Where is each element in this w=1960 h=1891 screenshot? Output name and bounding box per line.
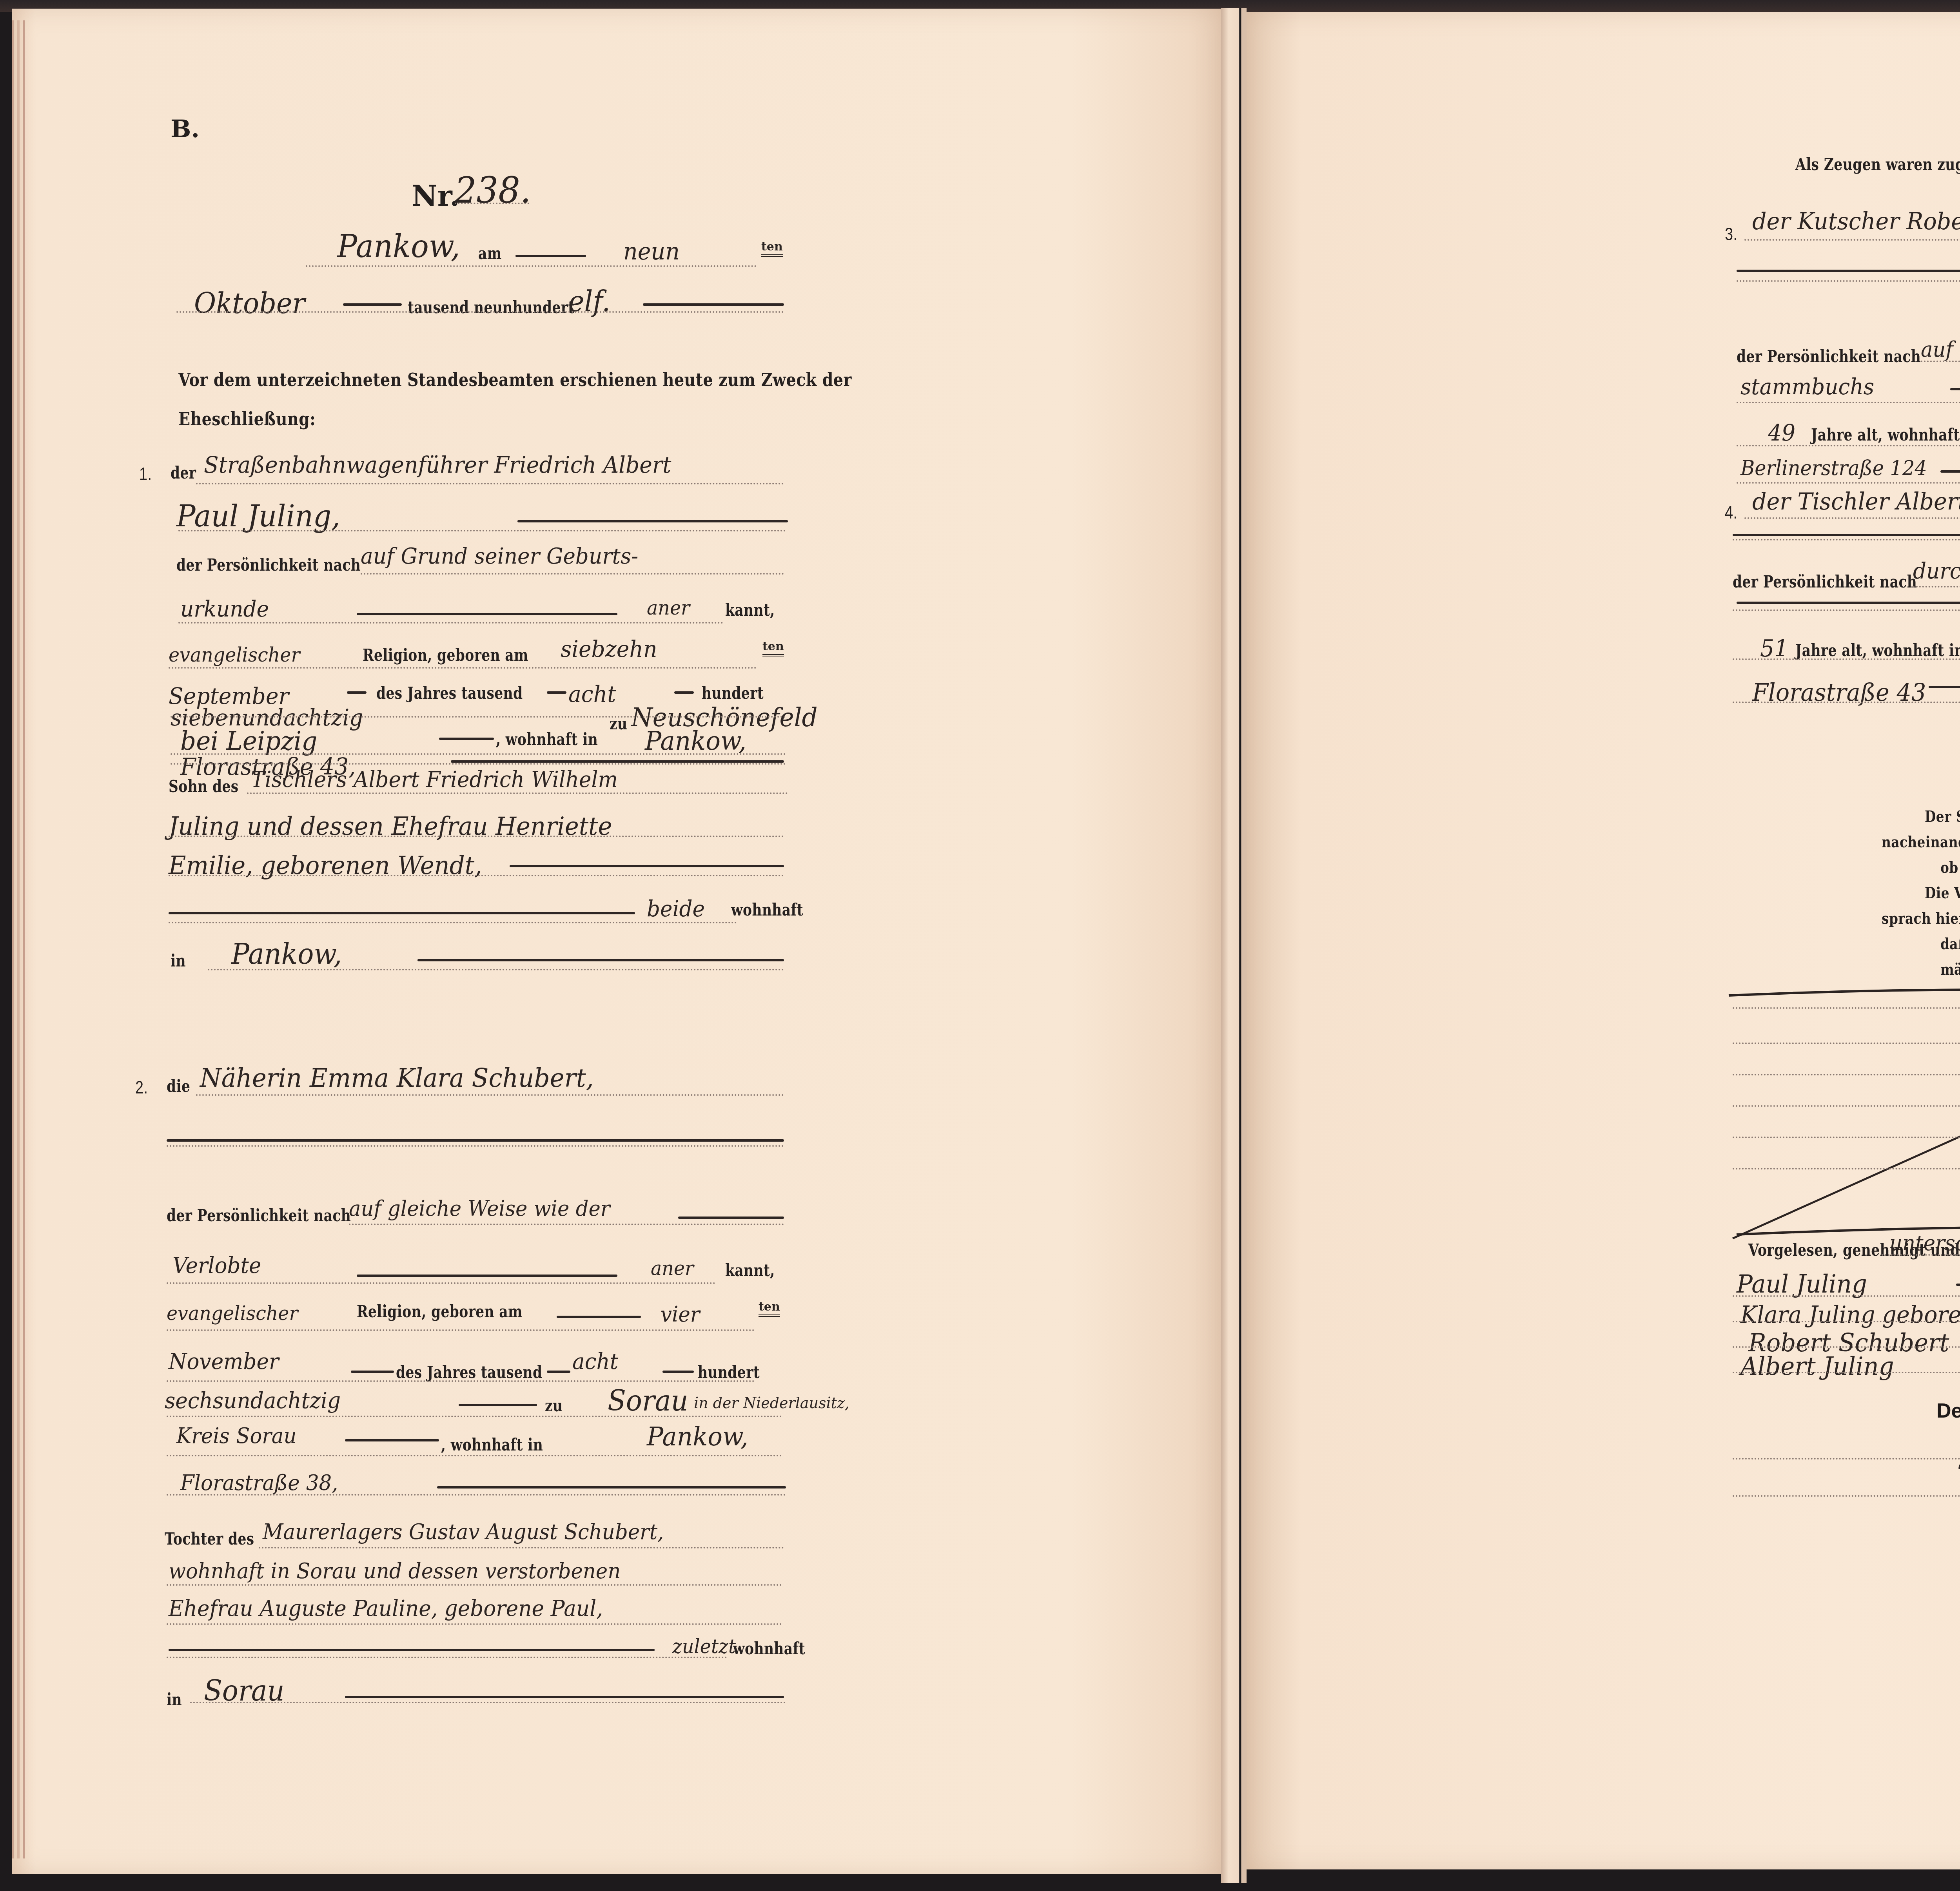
hundred-label: hundert bbox=[698, 1363, 760, 1382]
fill-rule bbox=[167, 1139, 784, 1142]
bride-identity-basis: auf gleiche Weise wie der bbox=[349, 1196, 610, 1221]
fill-rule bbox=[515, 255, 586, 257]
residence-label: , wohnhaft in bbox=[496, 730, 598, 749]
marriage-day: neun bbox=[623, 238, 680, 265]
witness-4-name: der Tischler Albert Juling, bbox=[1752, 488, 1960, 515]
known-prefix: aner bbox=[651, 1257, 694, 1280]
dotted-line bbox=[1733, 702, 1960, 703]
fill-rule bbox=[557, 1316, 641, 1318]
zu-label: zu bbox=[545, 1396, 563, 1415]
bride-street: Florastraße 38, bbox=[180, 1470, 338, 1495]
religion-label: Religion, geboren am bbox=[357, 1302, 523, 1321]
registrar-title: Der Standesbeamte. bbox=[1936, 1399, 1960, 1423]
intro-line-1: Vor dem unterzeichneten Standesbeamten e… bbox=[178, 369, 852, 390]
dotted-line bbox=[178, 530, 786, 531]
dotted-line bbox=[1737, 402, 1960, 403]
bride-birth-month: November bbox=[169, 1349, 279, 1374]
year-label: des Jahres tausend bbox=[396, 1363, 543, 1382]
fill-rule bbox=[437, 1486, 786, 1489]
dotted-line bbox=[167, 1623, 782, 1625]
dotted-line bbox=[306, 265, 757, 267]
groom-birth-century: acht bbox=[568, 681, 616, 707]
religion-label: Religion, geboren am bbox=[363, 645, 528, 665]
known-prefix: aner bbox=[647, 596, 690, 619]
bride-father-2: wohnhaft in Sorau und dessen verstorbene… bbox=[169, 1559, 621, 1583]
bride-birth-century: acht bbox=[572, 1349, 618, 1374]
dotted-line bbox=[1733, 609, 1960, 611]
identity-label: der Persönlichkeit nach bbox=[176, 555, 361, 575]
witness-3-street: Berlinerstraße 124 bbox=[1740, 457, 1927, 480]
parents-residence-label: wohnhaft bbox=[733, 1639, 805, 1658]
dotted-line bbox=[1733, 1295, 1960, 1297]
intro-line-2: Eheschließung: bbox=[178, 408, 316, 430]
witness-intro: Als Zeugen waren zugezogen und erschiene… bbox=[1795, 155, 1960, 174]
bride-mother: Ehefrau Auguste Pauline, geborene Paul, bbox=[169, 1596, 603, 1621]
dotted-line bbox=[1737, 280, 1960, 282]
party-index: 1. bbox=[139, 463, 152, 484]
year-label: tausend neunhundert bbox=[408, 298, 575, 317]
dotted-line bbox=[169, 922, 737, 923]
page-stack-edge bbox=[23, 20, 25, 1858]
closing-signed: unterschrieben bbox=[1889, 1231, 1960, 1255]
dotted-line bbox=[1733, 1495, 1960, 1497]
fill-rule bbox=[1956, 1284, 1960, 1286]
parents-residence-label: wohnhaft bbox=[731, 900, 803, 919]
identity-label: der Persönlichkeit nach bbox=[167, 1206, 351, 1225]
dotted-line bbox=[167, 1494, 786, 1496]
dotted-line bbox=[349, 1224, 784, 1225]
dotted-line bbox=[361, 573, 784, 575]
declaration-line: ob sie die Ehe miteinander eingehen woll… bbox=[1940, 858, 1960, 877]
fill-rule bbox=[347, 691, 367, 694]
residence-label: , wohnhaft in bbox=[441, 1435, 543, 1454]
dotted-line bbox=[1744, 239, 1960, 241]
known-label: kannt, bbox=[725, 600, 775, 620]
dotted-line bbox=[1744, 517, 1960, 519]
fill-rule bbox=[547, 691, 566, 694]
bride-birthplace-region: in der Niederlausitz, bbox=[694, 1394, 849, 1412]
party-article: die bbox=[167, 1077, 190, 1096]
fill-rule bbox=[169, 1649, 655, 1651]
groom-birth-day: siebzehn bbox=[561, 636, 657, 662]
fill-rule bbox=[1737, 602, 1960, 604]
dotted-line bbox=[1733, 1007, 1960, 1009]
dotted-line bbox=[208, 969, 784, 970]
groom-identity-basis-2: urkunde bbox=[180, 596, 269, 622]
bride-religion: evangelischer bbox=[167, 1302, 298, 1325]
fill-rule bbox=[643, 303, 784, 306]
fill-rule bbox=[1737, 270, 1960, 272]
fill-rule bbox=[1950, 388, 1960, 390]
fill-rule bbox=[517, 520, 788, 522]
witness-3-name: der Kutscher Robert Schubert, bbox=[1752, 208, 1960, 235]
signature-groom: Paul Juling bbox=[1737, 1270, 1867, 1299]
year-label: des Jahres tausend bbox=[376, 684, 523, 703]
fill-rule bbox=[459, 1404, 537, 1406]
declaration-line: daß sie kraft des Bürgerlichen Gesetzbuc… bbox=[1940, 935, 1960, 953]
dotted-line bbox=[190, 1702, 786, 1703]
date-am-label: am bbox=[478, 244, 502, 263]
dotted-line bbox=[196, 1094, 784, 1096]
declaration-line: Der Standesbeamte richtete an die Verlob… bbox=[1925, 807, 1960, 826]
bride-occupation-name: Näherin Emma Klara Schubert, bbox=[200, 1063, 594, 1093]
dotted-line bbox=[167, 1416, 782, 1417]
page-stack-edge bbox=[17, 20, 20, 1858]
dotted-line bbox=[259, 1547, 784, 1548]
dotted-line bbox=[167, 1657, 727, 1658]
fill-rule bbox=[357, 613, 617, 615]
witness-3-age: 49 bbox=[1768, 419, 1795, 446]
dotted-line bbox=[169, 875, 784, 876]
witness-3-identity: auf Grund seines Familien- bbox=[1921, 337, 1960, 362]
dotted-line bbox=[171, 763, 786, 765]
witness-index: 3. bbox=[1725, 223, 1737, 245]
age-label: Jahre alt, wohnhaft in bbox=[1795, 641, 1960, 660]
dotted-line bbox=[1737, 482, 1960, 484]
declaration-line: sprach hierauf aus, bbox=[1882, 909, 1960, 928]
declaration-line: nacheinander die Frage: bbox=[1882, 833, 1960, 851]
record-number-value: 238. bbox=[455, 169, 531, 211]
parents-residence: Pankow, bbox=[231, 937, 342, 970]
groom-occupation-name: Straßenbahnwagenführer Friedrich Albert bbox=[204, 451, 671, 478]
marriage-year: elf. bbox=[568, 285, 610, 318]
cancellation-z-stroke bbox=[1725, 984, 1960, 1258]
fill-rule bbox=[510, 865, 784, 867]
declaration-line: Die Verlobten bejahten diese Frage und d… bbox=[1925, 884, 1960, 902]
fill-rule bbox=[417, 959, 784, 961]
fill-rule bbox=[1940, 470, 1960, 473]
dotted-line bbox=[1733, 1042, 1960, 1044]
in-label: in bbox=[167, 1690, 182, 1709]
fill-rule bbox=[357, 1275, 617, 1277]
witness-index: 4. bbox=[1725, 502, 1737, 523]
section-letter: B. bbox=[171, 114, 200, 143]
in-label: in bbox=[171, 951, 186, 970]
dotted-line bbox=[1733, 1372, 1960, 1373]
dotted-line bbox=[1733, 1346, 1960, 1348]
fill-rule bbox=[439, 738, 494, 740]
age-label: Jahre alt, wohnhaft in bbox=[1811, 425, 1960, 444]
fill-rule bbox=[169, 912, 635, 914]
known-label: kannt, bbox=[725, 1261, 775, 1280]
dotted-line bbox=[167, 1145, 784, 1147]
signature-witness-4: Albert Juling bbox=[1740, 1352, 1894, 1381]
fill-rule bbox=[451, 760, 784, 763]
book-gutter bbox=[1221, 8, 1247, 1883]
dotted-line bbox=[1733, 539, 1960, 540]
fill-rule bbox=[1733, 534, 1960, 536]
fill-rule bbox=[345, 1439, 439, 1441]
party-article: der bbox=[171, 463, 196, 482]
dotted-line bbox=[1882, 1254, 1960, 1256]
both-parents: beide bbox=[647, 896, 705, 922]
bride-birthplace: Sorau bbox=[608, 1384, 688, 1417]
groom-religion: evangelischer bbox=[169, 644, 300, 666]
dotted-line bbox=[178, 622, 723, 624]
marriage-month: Oktober bbox=[194, 287, 305, 320]
parent-label: Tochter des bbox=[165, 1529, 254, 1548]
signature-bride: Klara Juling geborene Schubert bbox=[1740, 1301, 1960, 1329]
fill-rule bbox=[547, 1371, 570, 1373]
groom-identity-basis: auf Grund seiner Geburts- bbox=[361, 544, 638, 569]
groom-father: Tischlers Albert Friedrich Wilhelm bbox=[251, 767, 618, 792]
dotted-line bbox=[1733, 1074, 1960, 1075]
dotted-line bbox=[247, 792, 788, 794]
witness-3-identity-2: stammbuchs bbox=[1740, 374, 1874, 400]
birth-day-suffix: ten bbox=[762, 640, 784, 656]
dotted-line bbox=[1921, 361, 1960, 362]
groom-birthplace-2: bei Leipzig bbox=[180, 726, 317, 756]
bride-father: Maurerlagers Gustav August Schubert, bbox=[263, 1519, 664, 1544]
dotted-line bbox=[196, 483, 784, 484]
bride-birth-year-rest: sechsundachtzig bbox=[165, 1388, 341, 1414]
parent-label: Sohn des bbox=[169, 777, 239, 796]
groom-name: Paul Juling, bbox=[176, 499, 340, 533]
dotted-line bbox=[1733, 1168, 1960, 1169]
birth-day-suffix: ten bbox=[759, 1300, 780, 1317]
identity-label: der Persönlichkeit nach bbox=[1733, 572, 1917, 591]
dotted-line bbox=[1733, 658, 1960, 660]
fill-rule bbox=[343, 303, 402, 306]
dotted-line bbox=[1733, 1105, 1960, 1107]
fill-rule bbox=[351, 1371, 394, 1373]
dotted-line bbox=[169, 667, 757, 669]
fill-rule bbox=[1929, 686, 1960, 688]
dotted-line bbox=[1913, 586, 1960, 587]
fill-rule bbox=[674, 691, 694, 694]
dotted-line bbox=[455, 203, 529, 204]
dotted-line bbox=[1737, 445, 1960, 446]
hundred-label: hundert bbox=[702, 684, 764, 703]
fill-rule bbox=[662, 1371, 694, 1373]
dotted-line bbox=[167, 1282, 715, 1284]
dotted-line bbox=[1733, 1321, 1960, 1322]
dotted-line bbox=[167, 1584, 782, 1586]
registry-place: Pankow, bbox=[337, 228, 460, 265]
page-stack-edge bbox=[12, 20, 14, 1858]
dotted-line bbox=[169, 836, 784, 837]
left-page: B. Nr. 238. Pankow, am neun ten Oktober … bbox=[12, 9, 1221, 1874]
bride-birthplace-2: Kreis Sorau bbox=[176, 1423, 296, 1448]
bride-mother-last: zuletzt bbox=[672, 1635, 736, 1658]
dotted-line bbox=[167, 1380, 755, 1382]
witness-4-identity: durch den Zeugen zu drei bbox=[1913, 558, 1960, 584]
day-suffix: ten bbox=[761, 240, 783, 257]
record-number-label: Nr. bbox=[412, 179, 459, 212]
dotted-line bbox=[167, 1329, 755, 1331]
groom-residence: Pankow, bbox=[645, 726, 746, 756]
identity-label: der Persönlichkeit nach bbox=[1737, 347, 1921, 366]
bride-birth-day: vier bbox=[661, 1302, 700, 1327]
dotted-line bbox=[167, 1455, 782, 1456]
fill-rule bbox=[345, 1696, 784, 1698]
bride-identity-basis-2: Verlobte bbox=[172, 1253, 261, 1278]
fill-rule bbox=[678, 1217, 784, 1219]
dotted-line bbox=[176, 311, 784, 313]
right-page: Als Zeugen waren zugezogen und erschiene… bbox=[1247, 12, 1960, 1869]
declaration-line: mäßig verbundene Eheleute seien. bbox=[1940, 960, 1960, 979]
bride-residence: Pankow, bbox=[647, 1421, 748, 1452]
party-index: 2. bbox=[135, 1077, 148, 1098]
dotted-line bbox=[1733, 1458, 1960, 1459]
dotted-line bbox=[171, 716, 786, 718]
dotted-line bbox=[1733, 1137, 1960, 1138]
